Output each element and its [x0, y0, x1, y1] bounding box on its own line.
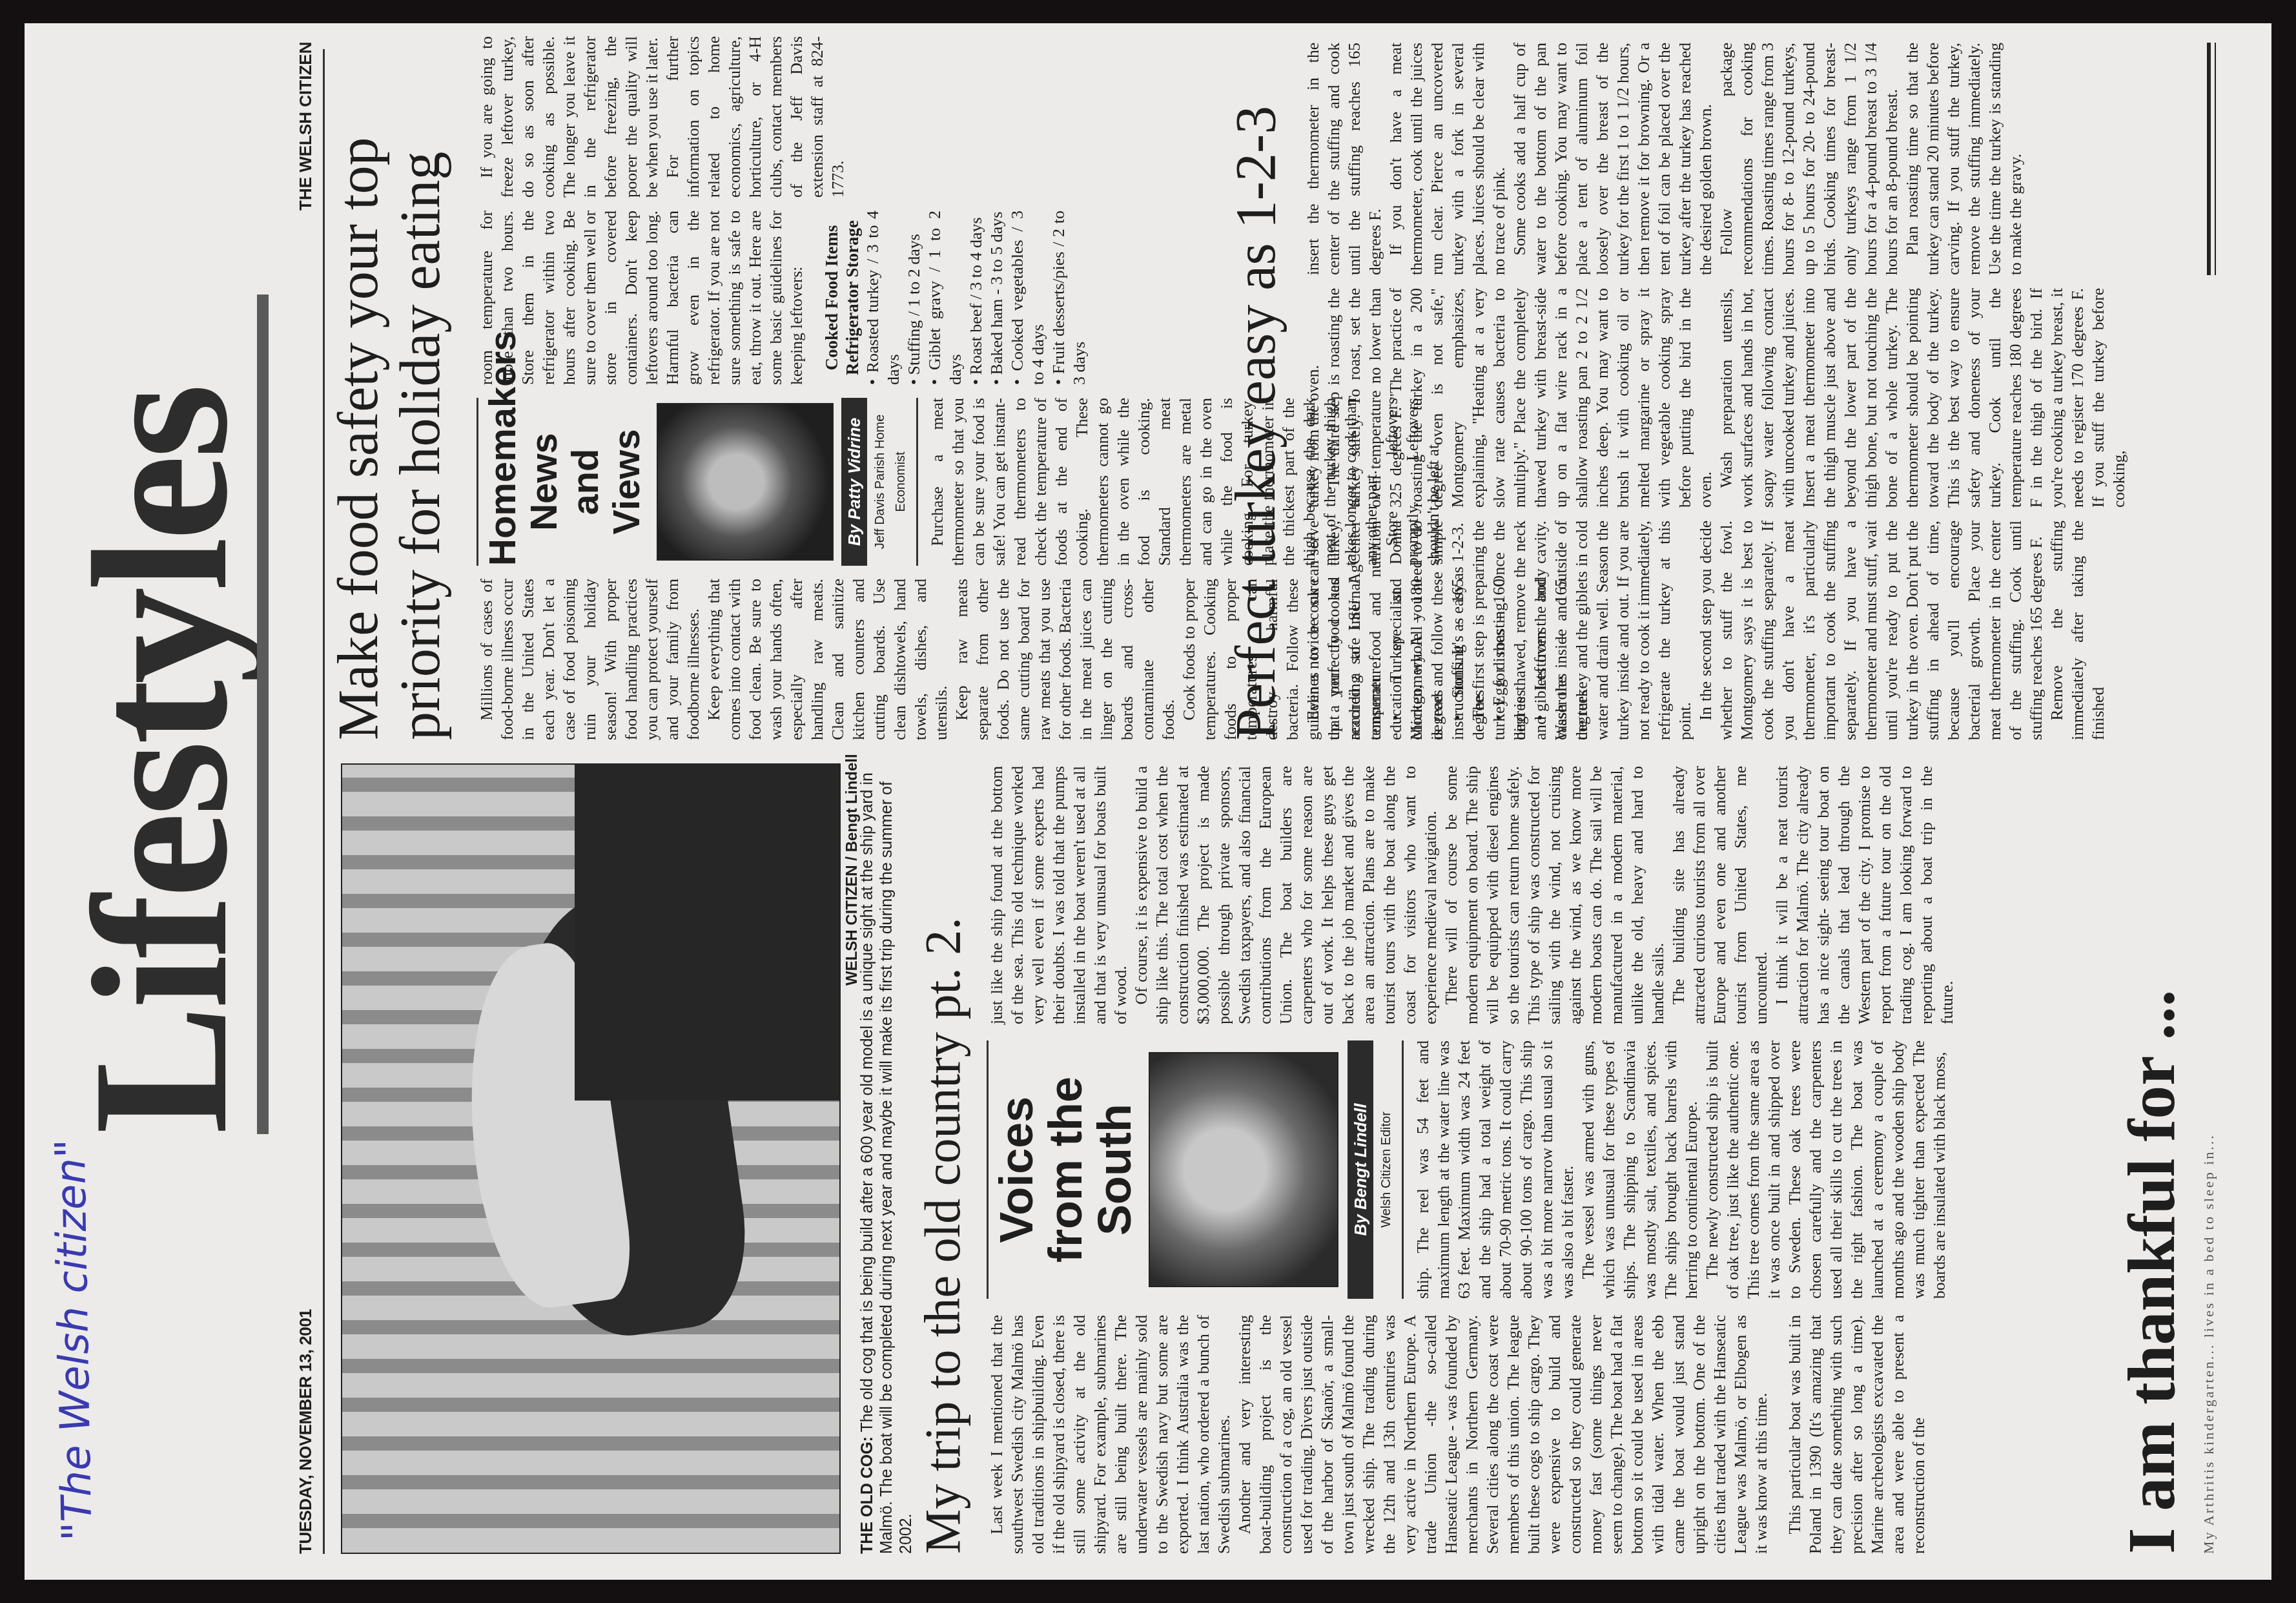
trip-headline: My trip to the old country pt. 2.	[916, 760, 970, 1554]
paragraph: just like the ship found at the bottom o…	[987, 766, 1131, 1024]
storage-item: • Cooked vegetables / 3 to 4 days	[1007, 211, 1049, 385]
masthead-underline	[257, 295, 269, 1134]
paragraph: Wash preparation utensils, work surfaces…	[1716, 288, 2129, 508]
food-column-3: room temperature for more than two hours…	[477, 211, 1090, 385]
paragraph: If you don't have a meat thermometer, co…	[1386, 43, 1510, 275]
turkey-column-1: Even a novice cook can serve up a perfec…	[1303, 521, 2109, 740]
photo-caption: THE OLD COG: The old cog that is being b…	[857, 766, 916, 1554]
paragraph: The building site has already attracted …	[1668, 766, 1772, 1024]
paragraph: The third step is roasting the turkey sa…	[1324, 288, 1716, 508]
storage-item: • Fruit desserts/pies / 2 to 3 days	[1049, 211, 1090, 385]
storage-item: • Stuffing / 1 to 2 days	[904, 211, 925, 385]
turkey-column-3: insert the thermometer in the center of …	[1303, 43, 2026, 275]
storage-list: • Roasted turkey / 3 to 4 days • Stuffin…	[863, 211, 1090, 385]
byline-rule	[916, 398, 918, 566]
paragraph: This particular boat was built in Poland…	[1785, 1315, 1929, 1554]
byline: By Patty Vidrine	[841, 398, 867, 566]
paragraph: insert the thermometer in the center of …	[1303, 43, 1386, 275]
paragraph: If you are going to freeze leftover turk…	[477, 36, 662, 198]
paragraph: The vessel was armed with guns, which wa…	[1578, 1040, 1702, 1299]
paragraph: There will of course be some modern equi…	[1441, 766, 1668, 1024]
paragraph: I think it will be a neat tourist attrac…	[1772, 766, 1958, 1024]
column-title-rule	[477, 398, 478, 566]
column-title-rule	[987, 1040, 989, 1299]
trip-column-3: just like the ship found at the bottom o…	[987, 766, 1958, 1024]
dateline: TUESDAY, NOVEMBER 13, 2001	[296, 1309, 316, 1554]
paragraph: ship. The reel was 54 feet and maximum l…	[1413, 1040, 1578, 1299]
storage-item: • Baked ham - 3 to 5 days	[987, 211, 1007, 385]
paragraph: Millions of cases of food-borne illness …	[477, 579, 704, 740]
paragraph: Keep raw meats separate from other foods…	[952, 579, 1179, 740]
byline-role: Welsh Citizen Editor	[1376, 1040, 1397, 1299]
thankful-headline: I am thankful for ...	[2117, 760, 2188, 1554]
paragraph: For further information on topics relate…	[662, 36, 848, 198]
paragraph: Keep everything that comes into contact …	[704, 579, 952, 740]
paragraph: Even a novice cook can serve up a perfec…	[1303, 521, 1468, 740]
water-shadow	[575, 765, 839, 1101]
byline-role: Jeff Davis Parish Home Economist	[870, 398, 911, 566]
paragraph: Last week I mentioned that the southwest…	[987, 1315, 1235, 1554]
thankful-fragment: My Arthritis kindergarten... lives in a …	[2200, 760, 2217, 1554]
paragraph: turkey from the oven.	[1303, 288, 1324, 508]
column-title: Voices from the South	[992, 1040, 1140, 1299]
author-photo	[657, 403, 834, 560]
paragraph: room temperature for more than two hours…	[477, 211, 807, 385]
paragraph: Another and very interesting boat-buildi…	[1235, 1315, 1772, 1554]
section-masthead: Lifestyles	[50, 75, 263, 1496]
paragraph: In the second step you decide whether to…	[1696, 521, 2047, 740]
column-title: Homemakers News and Views	[482, 398, 648, 566]
byline-rule	[1402, 1040, 1404, 1299]
section-title: Lifestyles	[63, 388, 257, 1134]
section-end-rule	[2207, 43, 2216, 275]
paragraph: Some cooks add a half cup of water to th…	[1510, 43, 1716, 275]
paragraph: The first step is preparing the turkey f…	[1468, 521, 1696, 740]
cog-ship-photo	[341, 763, 841, 1554]
header-rule	[323, 49, 325, 1554]
food-column-4: If you are going to freeze leftover turk…	[477, 36, 848, 198]
storage-box: Cooked Food Items Refrigerator Storage •…	[821, 211, 1090, 385]
storage-item: • Roast beef / 3 to 4 days	[966, 211, 987, 385]
storage-box-title-1: Cooked Food Items	[821, 211, 842, 385]
caption-lead: THE OLD COG:	[858, 1436, 876, 1554]
turkey-column-2: turkey from the oven. The third step is …	[1303, 288, 2129, 508]
newspaper-page: "The Welsh citizen" Lifestyles TUESDAY, …	[25, 23, 2271, 1580]
trip-column-2: Voices from the South By Bengt Lindell W…	[987, 1040, 1950, 1299]
paragraph: Plan roasting time so that the turkey ca…	[1902, 43, 2026, 275]
turkey-headline: Perfect turkey easy as 1-2-3	[1225, 23, 1287, 740]
paragraph: The newly constructed ship is built of o…	[1702, 1040, 1950, 1299]
scanned-newspaper-page: "The Welsh citizen" Lifestyles TUESDAY, …	[0, 0, 2296, 1603]
paragraph: Of course, it is expensive to build a sh…	[1131, 766, 1441, 1024]
food-safety-headline: Make food safety your top priority for h…	[328, 23, 452, 740]
food-column-2: Homemakers News and Views By Patty Vidri…	[477, 398, 1444, 566]
paragraph: Remove the stuffing immediately after ta…	[2047, 521, 2109, 740]
paragraph: Follow package recommendations for cooki…	[1716, 43, 1902, 275]
trip-column-1: Last week I mentioned that the southwest…	[987, 1315, 1929, 1554]
storage-box-title-2: Refrigerator Storage	[842, 211, 863, 385]
byline: By Bengt Lindell	[1348, 1040, 1373, 1299]
storage-item: • Giblet gravy / 1 to 2 days	[925, 211, 966, 385]
author-photo	[1149, 1052, 1338, 1287]
storage-item: • Roasted turkey / 3 to 4 days	[863, 211, 904, 385]
paper-name: THE WELSH CITIZEN	[296, 42, 316, 211]
